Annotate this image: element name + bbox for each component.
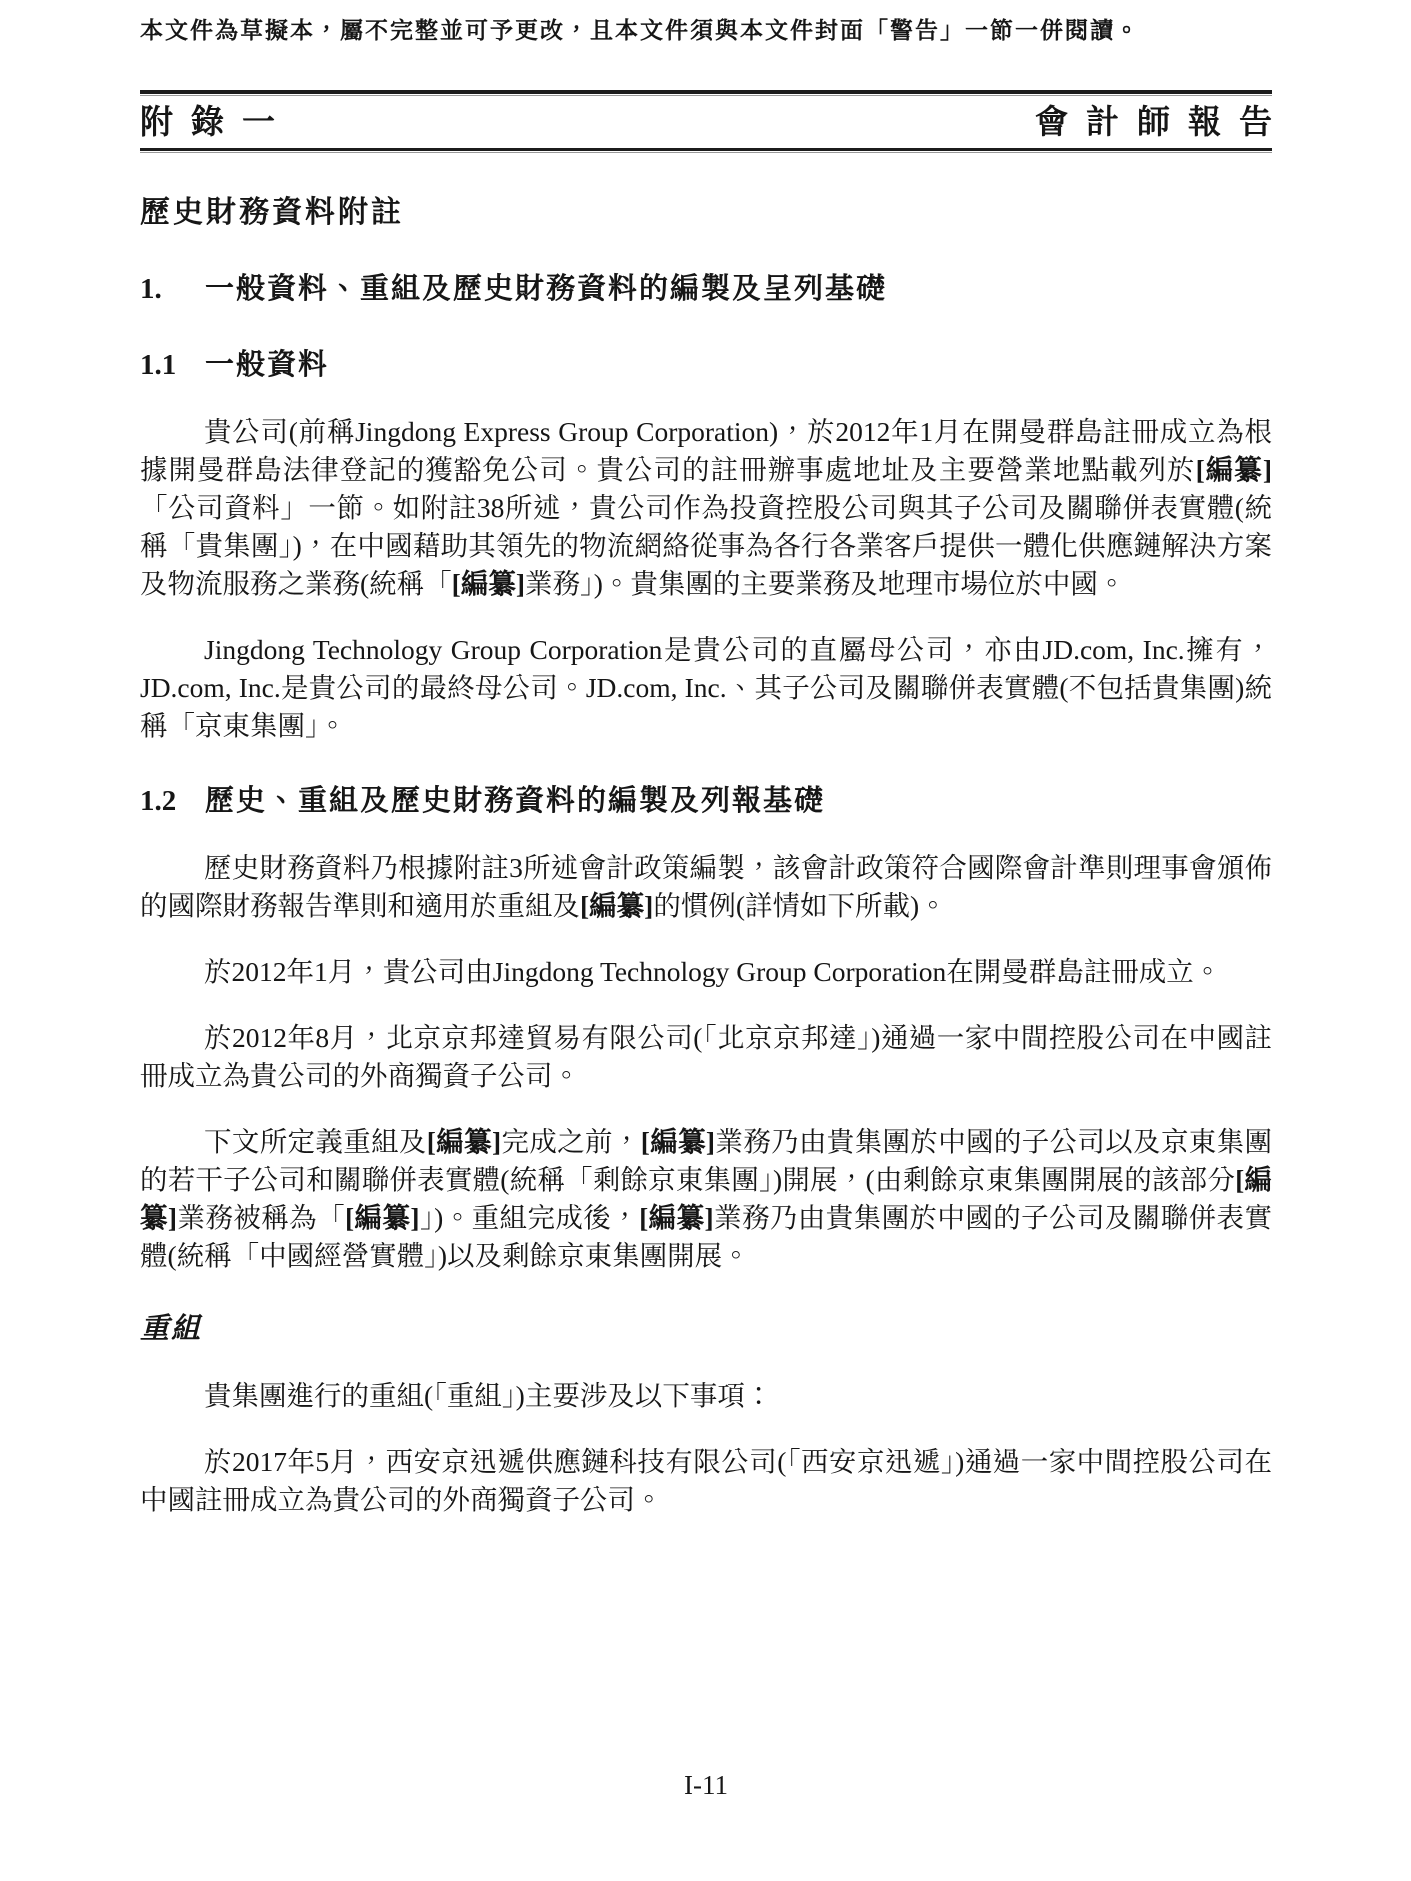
redacted-placeholder: [編纂] (641, 1126, 715, 1157)
text-run: 於2012年8月，北京京邦達貿易有限公司(「北京京邦達」)通過一家中間控股公司在… (140, 1022, 1272, 1091)
paragraph: 歷史財務資料乃根據附註3所述會計政策編製，該會計政策符合國際會計準則理事會頒佈的… (140, 849, 1272, 925)
heading-text: 一般資料、重組及歷史財務資料的編製及呈列基礎 (205, 269, 887, 309)
heading-number: 1. (140, 269, 205, 309)
text-run: 業務被稱為「 (177, 1202, 345, 1233)
rule-thin-line (140, 152, 1272, 153)
prospectus-page: 本文件為草擬本，屬不完整並可予更改，且本文件須與本文件封面「警告」一節一併閱讀。… (0, 0, 1411, 1881)
draft-disclaimer: 本文件為草擬本，屬不完整並可予更改，且本文件須與本文件封面「警告」一節一併閱讀。 (140, 16, 1272, 46)
text-run: 於2012年1月，貴公司由Jingdong Technology Group C… (204, 956, 1221, 987)
text-run: 貴公司(前稱Jingdong Express Group Corporation… (140, 416, 1272, 485)
appendix-label: 附錄一 (140, 104, 293, 142)
appendix-header: 附錄一 會計師報告 (140, 96, 1272, 148)
rule-thick-line (140, 148, 1272, 151)
heading-text: 一般資料 (205, 345, 329, 385)
rule-thick-line (140, 90, 1272, 94)
text-run: 貴集團進行的重組(「重組」)主要涉及以下事項： (204, 1380, 772, 1411)
redacted-placeholder: [編纂] (452, 568, 525, 599)
header-rule-bottom (140, 148, 1272, 153)
page-number: I-11 (140, 1768, 1272, 1802)
paragraph: 於2012年1月，貴公司由Jingdong Technology Group C… (140, 953, 1272, 991)
notes-title: 歷史財務資料附註 (140, 193, 1272, 233)
redacted-placeholder: [編纂] (345, 1202, 420, 1233)
emphasis-heading: 重組 (140, 1309, 1272, 1349)
heading-text: 歷史、重組及歷史財務資料的編製及列報基礎 (205, 781, 825, 821)
paragraph: 下文所定義重組及[編纂]完成之前，[編纂]業務乃由貴集團於中國的子公司以及京東集… (140, 1123, 1272, 1275)
redacted-placeholder: [編纂] (1196, 454, 1272, 485)
paragraph: Jingdong Technology Group Corporation是貴公… (140, 631, 1272, 745)
redacted-placeholder: [編纂] (580, 890, 653, 921)
section-heading: 1.2歷史、重組及歷史財務資料的編製及列報基礎 (140, 781, 1272, 821)
section-heading: 1.一般資料、重組及歷史財務資料的編製及呈列基礎 (140, 269, 1272, 309)
text-run: 的慣例(詳情如下所載)。 (653, 890, 946, 921)
paragraph: 於2012年8月，北京京邦達貿易有限公司(「北京京邦達」)通過一家中間控股公司在… (140, 1019, 1272, 1095)
paragraph: 於2017年5月，西安京迅遞供應鏈科技有限公司(「西安京迅遞」)通過一家中間控股… (140, 1443, 1272, 1519)
text-run: 業務」)。貴集團的主要業務及地理市場位於中國。 (525, 568, 1125, 599)
heading-number: 1.2 (140, 781, 205, 821)
heading-number: 1.1 (140, 345, 205, 385)
text-run: 於2017年5月，西安京迅遞供應鏈科技有限公司(「西安京迅遞」)通過一家中間控股… (140, 1446, 1272, 1515)
report-title: 會計師報告 (1035, 104, 1290, 142)
text-run: 」)。重組完成後， (420, 1202, 640, 1233)
paragraph: 貴公司(前稱Jingdong Express Group Corporation… (140, 413, 1272, 603)
redacted-placeholder: [編纂] (639, 1202, 714, 1233)
text-run: 完成之前， (501, 1126, 641, 1157)
text-run: 下文所定義重組及 (204, 1126, 427, 1157)
text-run: Jingdong Technology Group Corporation是貴公… (140, 634, 1272, 741)
redacted-placeholder: [編纂] (427, 1126, 501, 1157)
document-body: 1.一般資料、重組及歷史財務資料的編製及呈列基礎1.1一般資料貴公司(前稱Jin… (140, 269, 1272, 1519)
section-heading: 1.1一般資料 (140, 345, 1272, 385)
paragraph: 貴集團進行的重組(「重組」)主要涉及以下事項： (140, 1377, 1272, 1415)
